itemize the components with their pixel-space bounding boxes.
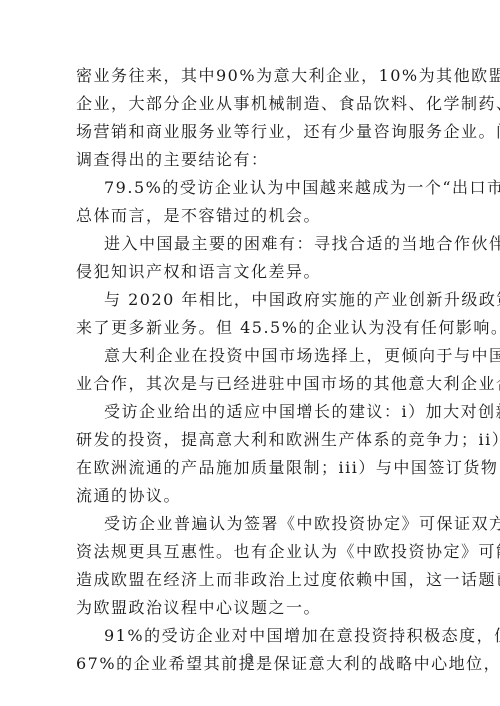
- text-line: 流通的协议。: [76, 486, 424, 506]
- paragraph-first-line: 受访企业普遍认为签署《中欧投资协定》可保证双方投: [104, 514, 424, 534]
- text-line: 场营销和商业服务业等行业，还有少量咨询服务企业。问卷: [76, 122, 424, 142]
- text-line: 密业务往来，其中90%为意大利企业，10%为其他欧盟国家: [76, 66, 424, 86]
- text-line: 侵犯知识产权和语言文化差异。: [76, 262, 424, 282]
- text-line: 总体而言，是不容错过的机会。: [76, 206, 424, 226]
- text-line: 为欧盟政治议程中心议题之一。: [76, 598, 424, 618]
- paragraph-first-line: 91%的受访企业对中国增加在意投资持积极态度，但: [104, 626, 424, 646]
- text-line: 造成欧盟在经济上而非政治上过度依赖中国，这一话题已成: [76, 570, 424, 590]
- paragraph-first-line: 意大利企业在投资中国市场选择上，更倾向于与中国企: [104, 346, 424, 366]
- text-line: 企业，大部分企业从事机械制造、食品饮料、化学制药、市: [76, 94, 424, 114]
- page-number: - 3 -: [0, 652, 500, 668]
- paragraph-first-line: 受访企业给出的适应中国增长的建议：i）加大对创新和: [104, 402, 424, 422]
- paragraph-first-line: 与 2020 年相比，中国政府实施的产业创新升级政策带: [104, 290, 424, 310]
- paragraph-first-line: 79.5%的受访企业认为中国越来越成为一个“出口市场”，: [104, 178, 424, 198]
- document-page: 密业务往来，其中90%为意大利企业，10%为其他欧盟国家 企业，大部分企业从事机…: [0, 0, 500, 706]
- text-line: 资法规更具互惠性。也有企业认为《中欧投资协定》可能会: [76, 542, 424, 562]
- text-line: 在欧洲流通的产品施加质量限制；iii）与中国签订货物自由: [76, 458, 424, 478]
- text-line: 调查得出的主要结论有：: [76, 150, 424, 170]
- paragraph-first-line: 进入中国最主要的困难有：寻找合适的当地合作伙伴、: [104, 234, 424, 254]
- text-line: 业合作，其次是与已经进驻中国市场的其他意大利企业合作。: [76, 374, 424, 394]
- text-line: 研发的投资，提高意大利和欧洲生产体系的竞争力；ii）对: [76, 430, 424, 450]
- text-line: 来了更多新业务。但 45.5%的企业认为没有任何影响。: [76, 318, 424, 338]
